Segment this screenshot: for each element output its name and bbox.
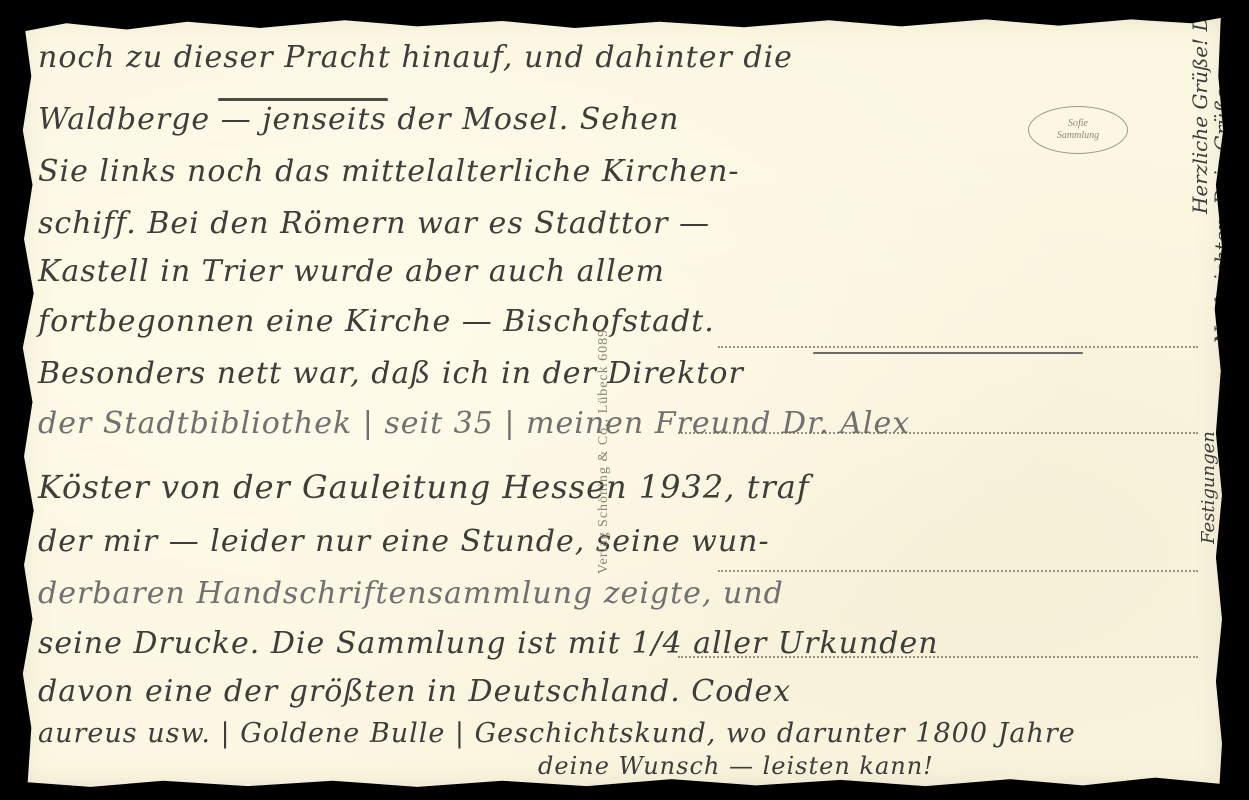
handwritten-line-15: deine Wunsch — leisten kann!	[538, 752, 934, 780]
stamp-line-2: Sammlung	[1057, 130, 1099, 142]
handwritten-line-6: fortbegonnen eine Kirche — Bischofstadt.	[38, 304, 715, 339]
margin-note-1: Herzliche Grüße! Deine	[1188, 0, 1212, 214]
handwritten-line-11: derbaren Handschriftensammlung zeigte, u…	[38, 576, 784, 611]
handwritten-line-2: Waldberge — jenseits der Mosel. Sehen	[38, 102, 679, 137]
handwritten-line-3: Sie links noch das mittelalterliche Kirc…	[38, 154, 740, 189]
handwritten-line-9: Köster von der Gauleitung Hessen 1932, t…	[38, 468, 810, 506]
handwritten-line-12: seine Drucke. Die Sammlung ist mit 1/4 a…	[38, 626, 939, 661]
address-line-1	[718, 346, 1198, 348]
underline-stroke	[813, 352, 1083, 354]
handwritten-line-4: schiff. Bei den Römern war es Stadttor —	[38, 206, 710, 241]
handwritten-line-14: aureus usw. | Goldene Bulle | Geschichts…	[38, 718, 1076, 749]
handwritten-line-7: Besonders nett war, daß ich in der Direk…	[38, 356, 744, 391]
margin-note-2: Nachrichten: Dein Grüße	[1210, 87, 1234, 344]
handwritten-line-1: noch zu dieser Pracht hinauf, und dahint…	[38, 40, 793, 75]
underline-stroke	[218, 98, 388, 101]
handwritten-line-13: davon eine der größten in Deutschland. C…	[38, 674, 791, 709]
stamp-line-1: Sofie	[1068, 118, 1088, 130]
publisher-imprint: Verlag Schöning & Co., Lübeck 6089	[596, 329, 612, 574]
collection-stamp: Sofie Sammlung	[1028, 106, 1128, 154]
handwritten-line-10: der mir — leider nur eine Stunde, seine …	[38, 524, 770, 559]
postcard: noch zu dieser Pracht hinauf, und dahint…	[18, 14, 1228, 790]
address-line-3	[718, 570, 1198, 572]
margin-note-3: Festigungen	[1198, 431, 1219, 544]
handwritten-line-5: Kastell in Trier wurde aber auch allem	[38, 254, 665, 289]
handwritten-line-8: der Stadtbibliothek | seit 35 | meinen F…	[38, 406, 910, 441]
